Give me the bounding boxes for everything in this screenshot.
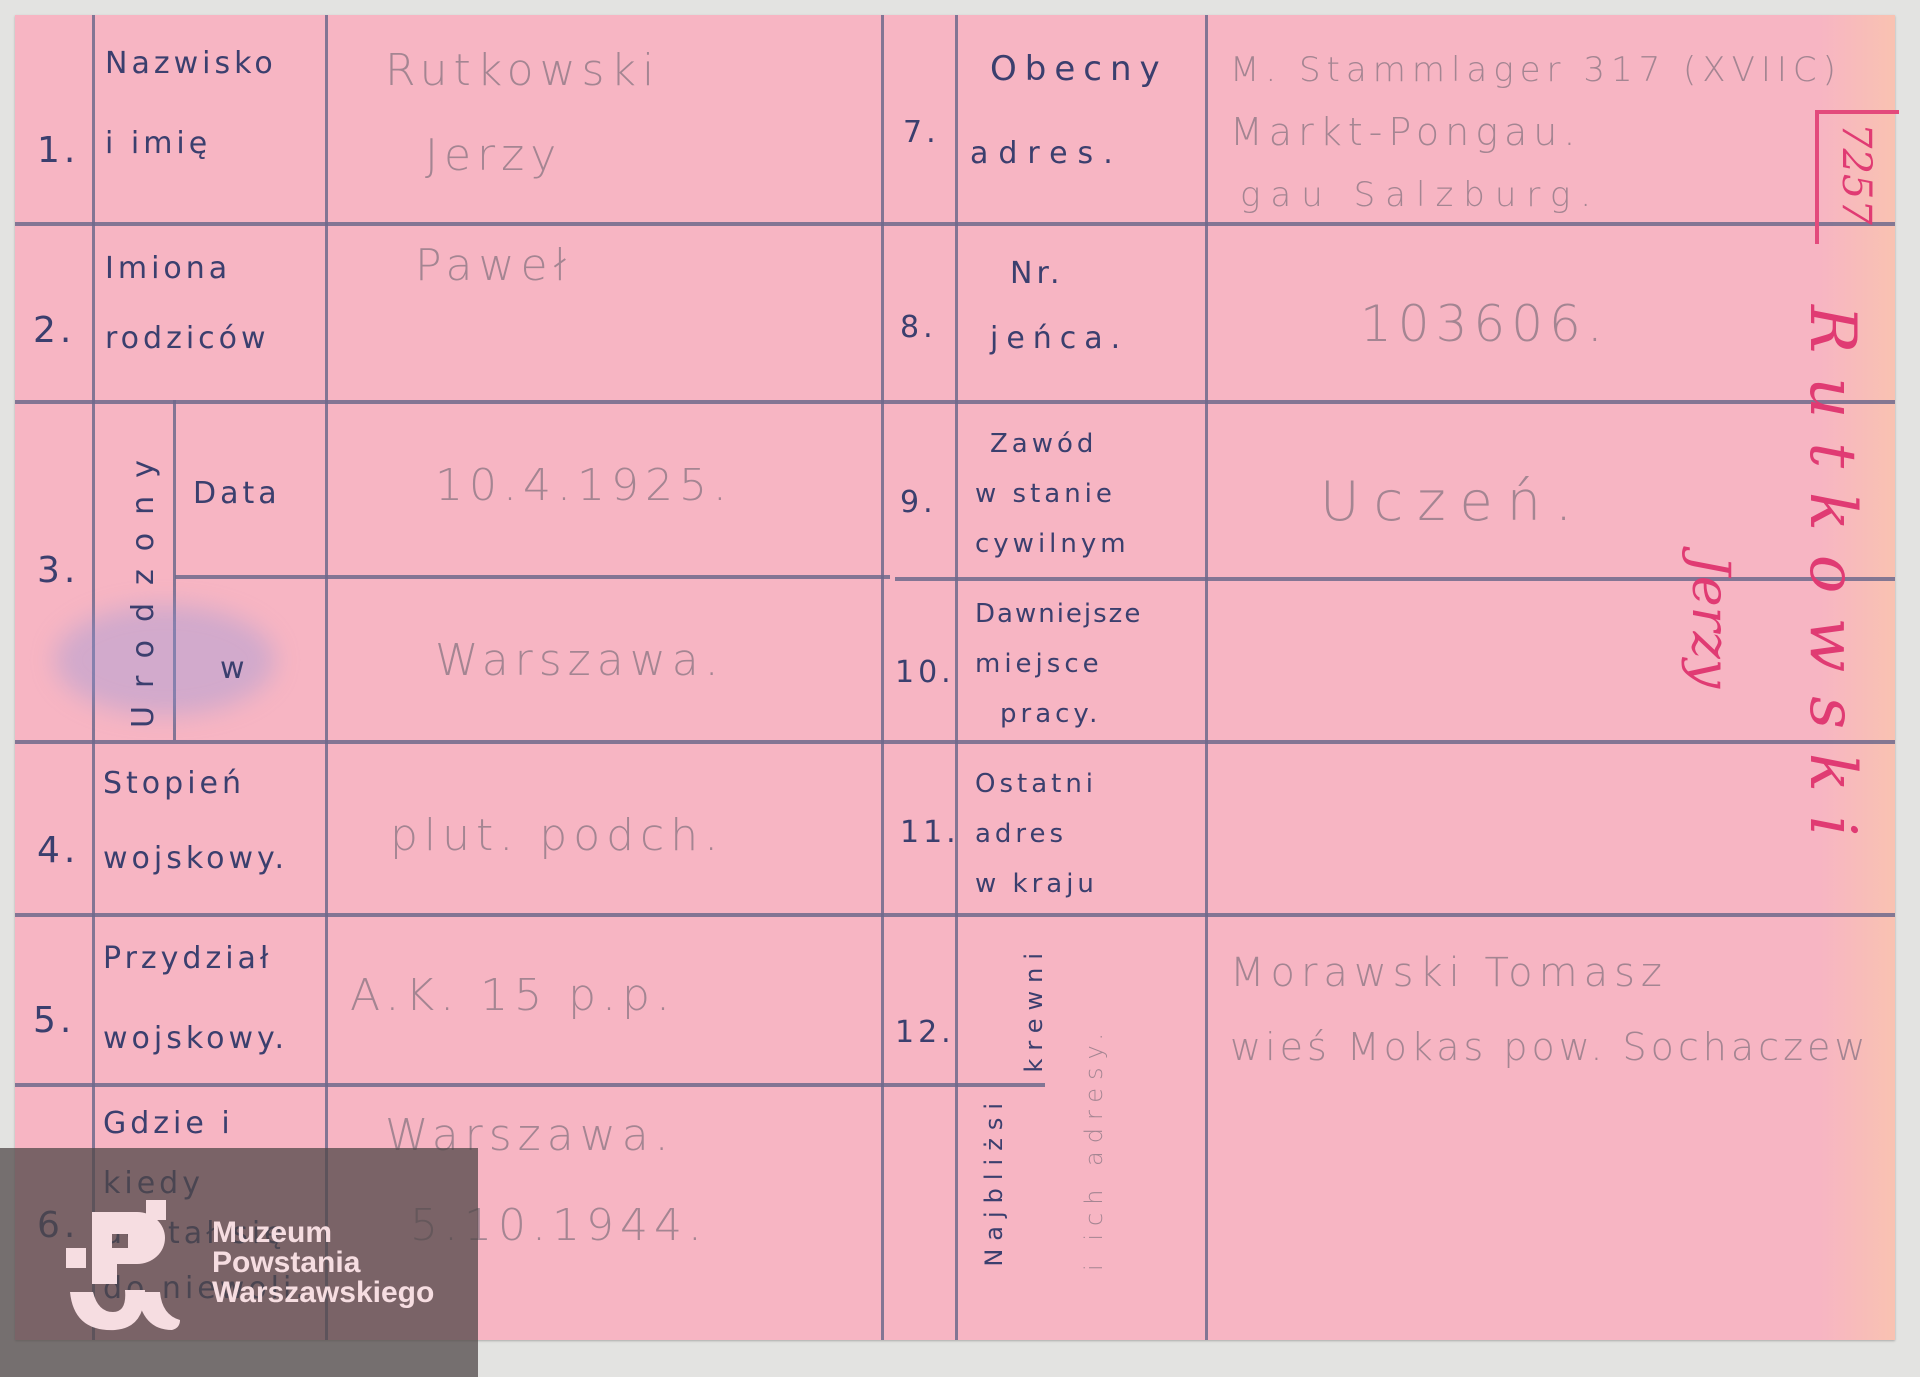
field-number: 4. [37,830,79,871]
field-value-current-address: gau Salzburg. [1240,175,1601,215]
field-label: rodziców [105,310,270,368]
field-label: pracy. [1000,685,1101,743]
field-value-occupation: Uczeń. [1320,470,1586,533]
field-label: Nr. [1010,245,1064,303]
field-value-firstname: Jerzy [425,130,562,181]
field-label: Nazwisko [105,35,277,93]
field-number: 7. [903,115,940,150]
field-number: 10. [895,655,955,690]
field-label: Stopień [103,755,245,813]
col-divider [955,15,958,1340]
stamp-number: 7257 [1833,123,1879,225]
field-value-birthplace: Warszawa. [435,635,725,686]
museum-name: Muzeum Powstania Warszawskiego [212,1218,434,1308]
margin-surname: Rutkowski [1795,305,1869,860]
field-label-vertical: i ich adresy. [1065,1025,1123,1271]
field-value-relative-address: wieś Mokas pow. Sochaczew [1230,1025,1869,1069]
field-value-surname: Rutkowski [385,45,660,96]
margin-firstname: Jerzy [1680,555,1740,688]
field-number: 11. [900,815,960,850]
field-number: 2. [33,310,75,351]
field-value: Paweł [415,240,572,291]
field-label: jeńca. [990,310,1128,368]
field-label: w [220,640,249,698]
row-divider [15,1083,1045,1087]
museum-name-line: Powstania [212,1248,434,1278]
row-divider [175,575,890,579]
row-divider [895,577,1895,581]
col-divider [1205,15,1208,1340]
field-label: cywilnym [975,515,1130,573]
field-value-rank: plut. podch. [390,810,724,861]
field-number: 9. [900,485,937,520]
field-label-vertical: krewni [1005,945,1063,1073]
field-value-current-address: Markt-Pongau. [1230,110,1581,154]
field-label: wojskowy. [103,1010,288,1068]
field-value-relative: Morawski Tomasz [1230,950,1668,996]
field-number: 8. [900,310,937,345]
field-value-unit: A.K. 15 p.p. [350,970,676,1021]
registration-card: 1. Nazwisko i imię Rutkowski Jerzy 2. Im… [15,15,1895,1340]
col-divider [325,15,328,1340]
museum-name-line: Muzeum [212,1218,434,1248]
field-value-birthdate: 10.4.1925. [435,460,733,511]
field-label: wojskowy. [103,830,288,888]
field-number: 5. [33,1000,75,1041]
col-divider [881,15,884,1340]
field-label: i imię [105,115,211,173]
field-number: 12. [895,1015,955,1050]
field-label: Obecny [990,40,1168,98]
field-number: 3. [37,550,79,591]
museum-name-line: Warszawskiego [212,1278,434,1308]
field-value-current-address: M. Stammlager 317 (XVIIC) [1230,50,1842,90]
field-label: Gdzie i [103,1095,234,1153]
kotwica-anchor-icon [62,1200,182,1332]
field-value-pow-number: 103606. [1360,295,1609,353]
field-label: w kraju [975,855,1098,913]
field-number: 1. [37,130,79,171]
field-label: adres. [970,125,1123,183]
field-label-vertical: Najbliżsi [965,1095,1023,1267]
field-label: Przydział [103,930,272,988]
field-group-label: Urodzony [115,435,173,735]
field-label: Imiona [105,240,231,298]
field-label: Data [193,465,281,523]
